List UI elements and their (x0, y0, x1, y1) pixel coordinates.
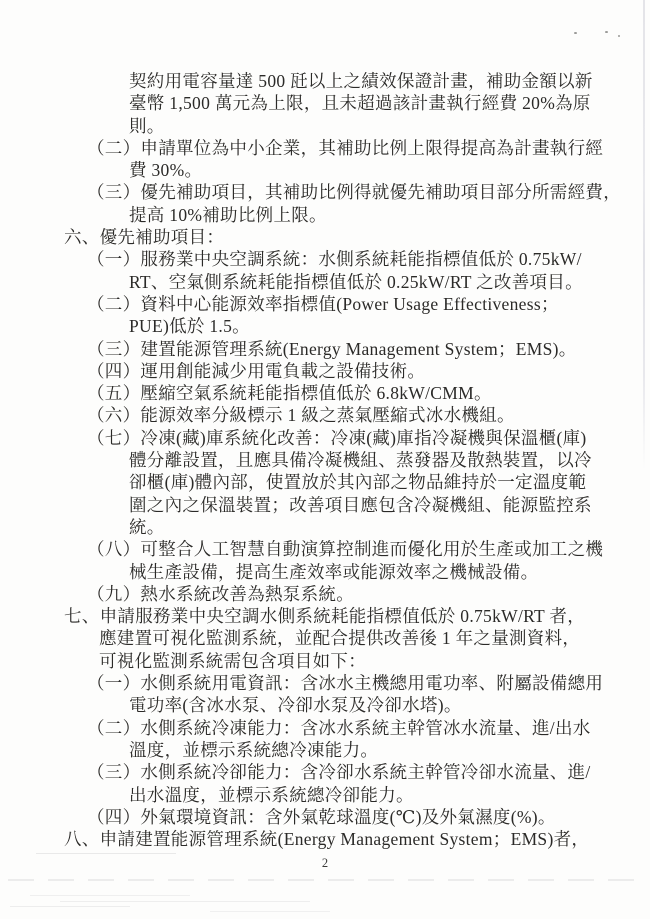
scan-streak (210, 911, 330, 912)
doc-line: （九）熱水系統改善為熱泵系統。 (0, 583, 650, 605)
doc-line: （四）外氣環境資訊：含外氣乾球溫度(℃)及外氣濕度(%)。 (0, 806, 650, 828)
doc-line: 提高 10%補助比例上限。 (0, 204, 650, 226)
doc-line: 械生產設備，提高生產效率或能源效率之機械設備。 (0, 561, 650, 583)
doc-line: 臺幣 1,500 萬元為上限，且未超過該計畫執行經費 20%為原 (0, 92, 650, 114)
doc-line: 體分離設置，且應具備冷凝機組、蒸發器及散熱裝置，以冷 (0, 449, 650, 471)
scan-speck (605, 31, 608, 33)
doc-line: PUE)低於 1.5。 (0, 315, 650, 337)
doc-line: （二）資料中心能源效率指標值(Power Usage Effectiveness… (0, 293, 650, 315)
doc-section-header: 八、申請建置能源管理系統(Energy Management System；EM… (0, 828, 650, 850)
doc-line: （二）申請單位為中小企業，其補助比例上限得提高為計畫執行經 (0, 137, 650, 159)
doc-section-header: 七、申請服務業中央空調水側系統耗能指標值低於 0.75kW/RT 者， (0, 605, 650, 627)
doc-line: 溫度，並標示系統總冷凍能力。 (0, 739, 650, 761)
page-number: 2 (0, 856, 650, 871)
doc-line: （一）水側系統用電資訊：含冰水主機總用電功率、附屬設備總用 (0, 672, 650, 694)
doc-line: （三）建置能源管理系統(Energy Management System；EMS… (0, 338, 650, 360)
scan-streak (8, 879, 642, 881)
doc-line: 卻櫃(庫)體內部，使置放於其內部之物品維持於一定溫度範 (0, 471, 650, 493)
scan-speck (574, 32, 577, 34)
scan-speck (618, 35, 620, 37)
doc-line: 電功率(含冰水泵、冷卻水泵及冷卻水塔)。 (0, 694, 650, 716)
doc-line: （二）水側系統冷凍能力：含冰水系統主幹管冰水流量、進/出水 (0, 717, 650, 739)
doc-line: 統。 (0, 516, 650, 538)
doc-line: （七）冷凍(藏)庫系統化改善：冷凍(藏)庫指冷凝機與保溫櫃(庫) (0, 427, 650, 449)
doc-line: 費 30%。 (0, 159, 650, 181)
doc-line: （六）能源效率分級標示 1 級之蒸氣壓縮式冰水機組。 (0, 404, 650, 426)
scan-streak (30, 895, 190, 896)
doc-line: （一）服務業中央空調系統：水側系統耗能指標值低於 0.75kW/ (0, 248, 650, 270)
doc-line: （三）水側系統冷卻能力：含冷卻水系統主幹管冷卻水流量、進/ (0, 761, 650, 783)
scanned-document-page: 契約用電容量達 500 瓩以上之績效保證計畫，補助金額以新 臺幣 1,500 萬… (0, 0, 650, 919)
scan-streak (60, 901, 310, 902)
doc-line: （八）可整合人工智慧自動演算控制進而優化用於生產或加工之機 (0, 538, 650, 560)
document-body: 契約用電容量達 500 瓩以上之績效保證計畫，補助金額以新 臺幣 1,500 萬… (0, 70, 650, 850)
doc-line: 出水溫度，並標示系統總冷卻能力。 (0, 784, 650, 806)
doc-section-header: 六、優先補助項目： (0, 226, 650, 248)
doc-line: 圍之內之保溫裝置；改善項目應包含冷凝機組、能源監控系 (0, 494, 650, 516)
doc-line: RT、空氣側系統耗能指標值低於 0.25kW/RT 之改善項目。 (0, 271, 650, 293)
scan-streak (36, 853, 176, 854)
doc-line: 契約用電容量達 500 瓩以上之績效保證計畫，補助金額以新 (0, 70, 650, 92)
scan-streak (10, 906, 130, 907)
doc-line: （五）壓縮空氣系統耗能指標值低於 6.8kW/CMM。 (0, 382, 650, 404)
doc-line: （四）運用創能減少用電負載之設備技術。 (0, 360, 650, 382)
doc-line: 可視化監測系統需包含項目如下： (0, 650, 650, 672)
doc-line: 應建置可視化監測系統，並配合提供改善後 1 年之量測資料， (0, 627, 650, 649)
doc-line: （三）優先補助項目，其補助比例得就優先補助項目部分所需經費， (0, 181, 650, 203)
doc-line: 則。 (0, 115, 650, 137)
